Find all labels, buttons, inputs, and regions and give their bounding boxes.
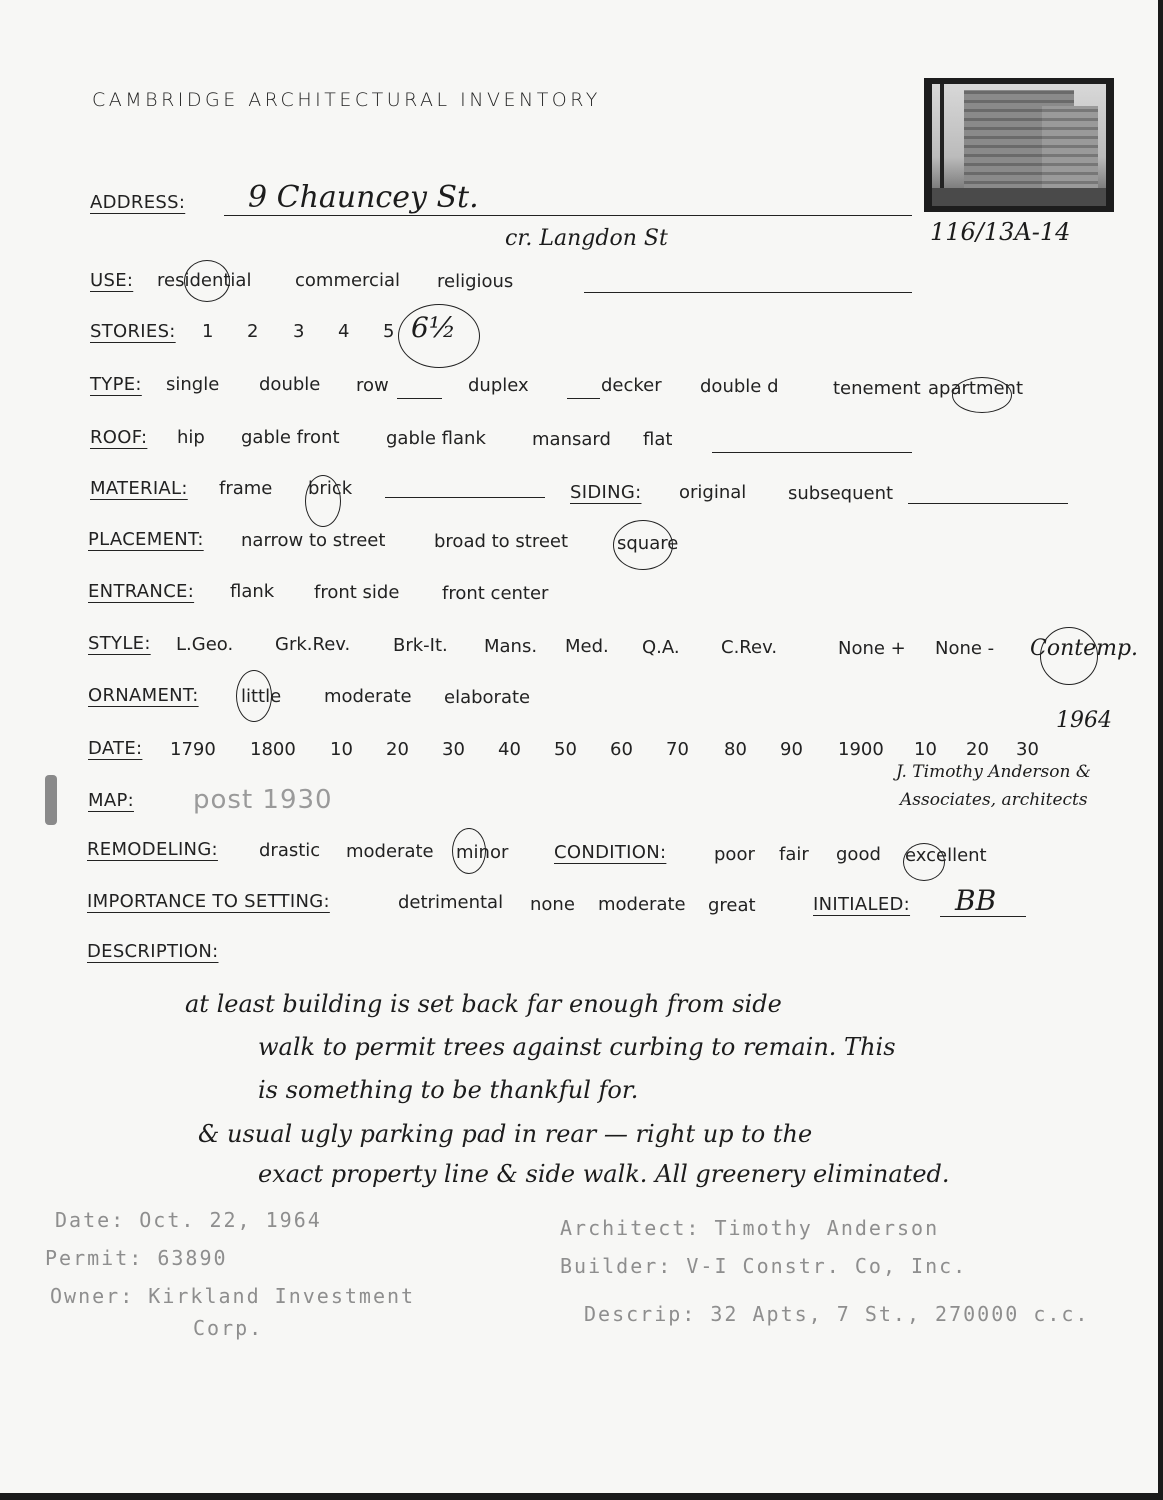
roof-label: ROOF:: [90, 427, 147, 448]
condition-label: CONDITION:: [554, 842, 666, 863]
map-label: MAP:: [88, 790, 134, 811]
address-line: [224, 215, 912, 216]
inventory-form-page: CAMBRIDGE ARCHITECTURAL INVENTORY 116/13…: [0, 0, 1158, 1493]
architect-note-line2: Associates, architects: [900, 790, 1088, 810]
date-option-1850[interactable]: 50: [554, 739, 577, 760]
date-option-1810[interactable]: 10: [330, 739, 353, 760]
date-option-1830[interactable]: 30: [442, 739, 465, 760]
description-line: exact property line & side walk. All gre…: [258, 1160, 950, 1188]
style-option-none-plus[interactable]: None +: [838, 638, 906, 659]
architect-note-line1: J. Timothy Anderson &: [896, 762, 1091, 782]
stories-option-5[interactable]: 5: [383, 321, 394, 342]
stories-option-4[interactable]: 4: [338, 321, 349, 342]
style-option-none-minus[interactable]: None -: [935, 638, 994, 659]
importance-option-moderate[interactable]: moderate: [598, 894, 686, 915]
date-written: 1964: [1056, 708, 1112, 733]
type-option-double[interactable]: double: [259, 374, 320, 395]
selection-circle: [305, 475, 341, 527]
style-option-grkrev[interactable]: Grk.Rev.: [275, 634, 350, 655]
description-line: walk to permit trees against curbing to …: [258, 1033, 896, 1061]
description-line: at least building is set back far enough…: [185, 990, 782, 1018]
date-option-1900[interactable]: 1900: [838, 739, 884, 760]
date-option-1870[interactable]: 70: [666, 739, 689, 760]
use-other-line: [584, 292, 912, 293]
date-option-1930[interactable]: 30: [1016, 739, 1039, 760]
decker-blank: [567, 398, 600, 399]
date-option-1790[interactable]: 1790: [170, 739, 216, 760]
initialed-value[interactable]: BB: [955, 884, 996, 917]
siding-label: SIDING:: [570, 482, 641, 503]
type-label: TYPE:: [90, 374, 142, 395]
roof-option-mansard[interactable]: mansard: [532, 429, 611, 450]
remodeling-option-drastic[interactable]: drastic: [259, 840, 320, 861]
use-label: USE:: [90, 270, 133, 291]
date-option-1820[interactable]: 20: [386, 739, 409, 760]
entrance-option-front-center[interactable]: front center: [442, 583, 548, 604]
placement-label: PLACEMENT:: [88, 529, 204, 550]
entrance-option-front-side[interactable]: front side: [314, 582, 399, 603]
pencil-architect: Architect: Timothy Anderson: [560, 1216, 939, 1240]
street: [932, 188, 1106, 206]
use-option-religious[interactable]: religious: [437, 271, 513, 292]
style-label: STYLE:: [88, 633, 151, 654]
type-option-single[interactable]: single: [166, 374, 219, 395]
type-option-row[interactable]: row: [356, 375, 389, 396]
roof-option-flat[interactable]: flat: [643, 429, 672, 450]
style-option-qa[interactable]: Q.A.: [642, 637, 680, 658]
condition-option-fair[interactable]: fair: [779, 844, 809, 865]
roof-other-line: [712, 452, 912, 453]
stories-label: STORIES:: [90, 321, 176, 342]
importance-option-none[interactable]: none: [530, 894, 575, 915]
date-option-1890[interactable]: 90: [780, 739, 803, 760]
pencil-builder: Builder: V-I Constr. Co, Inc.: [560, 1254, 967, 1278]
date-option-1920[interactable]: 20: [966, 739, 989, 760]
stories-option-3[interactable]: 3: [293, 321, 304, 342]
material-option-frame[interactable]: frame: [219, 478, 272, 499]
importance-label: IMPORTANCE TO SETTING:: [87, 891, 330, 912]
pencil-owner: Owner: Kirkland Investment: [50, 1284, 415, 1308]
stories-option-1[interactable]: 1: [202, 321, 213, 342]
ornament-option-elaborate[interactable]: elaborate: [444, 687, 530, 708]
pencil-descrip: Descrip: 32 Apts, 7 St., 270000 c.c.: [584, 1302, 1089, 1326]
catalog-number: 116/13A-14: [930, 218, 1070, 246]
type-option-decker[interactable]: decker: [601, 375, 662, 396]
material-label: MATERIAL:: [90, 478, 188, 499]
style-option-crev[interactable]: C.Rev.: [721, 637, 777, 658]
selection-circle: [184, 260, 230, 302]
placement-option-broad[interactable]: broad to street: [434, 531, 568, 552]
date-option-1880[interactable]: 80: [724, 739, 747, 760]
importance-option-detrimental[interactable]: detrimental: [398, 892, 503, 913]
roof-option-gable-front[interactable]: gable front: [241, 427, 340, 448]
margin-marker: [45, 775, 57, 825]
condition-option-poor[interactable]: poor: [714, 844, 755, 865]
initialed-label: INITIALED:: [813, 894, 910, 915]
roof-option-gable-flank[interactable]: gable flank: [386, 428, 486, 449]
selection-circle: [452, 828, 486, 874]
entrance-option-flank[interactable]: flank: [230, 581, 274, 602]
material-other-line: [385, 497, 545, 498]
address-note: cr. Langdon St: [505, 226, 668, 251]
roof-option-hip[interactable]: hip: [177, 427, 205, 448]
type-option-double-d[interactable]: double d: [700, 376, 779, 397]
map-written: post 1930: [193, 785, 333, 815]
style-option-mans[interactable]: Mans.: [484, 636, 537, 657]
description-label: DESCRIPTION:: [87, 941, 219, 962]
address-label: ADDRESS:: [90, 192, 185, 213]
form-title: CAMBRIDGE ARCHITECTURAL INVENTORY: [92, 89, 601, 111]
selection-circle: [952, 377, 1012, 413]
placement-option-narrow[interactable]: narrow to street: [241, 530, 385, 551]
siding-option-subsequent[interactable]: subsequent: [788, 483, 893, 504]
style-option-med[interactable]: Med.: [565, 636, 609, 657]
style-option-brkit[interactable]: Brk-It.: [393, 635, 448, 656]
importance-option-great[interactable]: great: [708, 895, 756, 916]
pencil-owner-cont: Corp.: [193, 1316, 263, 1340]
remodeling-option-moderate[interactable]: moderate: [346, 841, 434, 862]
type-option-duplex[interactable]: duplex: [468, 375, 529, 396]
condition-option-good[interactable]: good: [836, 844, 881, 865]
date-option-1800[interactable]: 1800: [250, 739, 296, 760]
type-option-tenement[interactable]: tenement: [833, 378, 921, 399]
building-photo: [924, 78, 1114, 212]
selection-circle: [613, 520, 673, 570]
selection-circle: [1040, 627, 1098, 685]
date-option-1840[interactable]: 40: [498, 739, 521, 760]
date-label: DATE:: [88, 738, 142, 759]
style-option-lgeo[interactable]: L.Geo.: [176, 634, 233, 655]
selection-circle: [398, 304, 480, 368]
address-value[interactable]: 9 Chauncey St.: [248, 180, 479, 215]
date-option-1860[interactable]: 60: [610, 739, 633, 760]
description-line: is something to be thankful for.: [258, 1076, 638, 1104]
ornament-option-moderate[interactable]: moderate: [324, 686, 412, 707]
utility-pole: [940, 84, 944, 194]
pencil-permit: Permit: 63890: [45, 1246, 228, 1270]
pencil-date: Date: Oct. 22, 1964: [55, 1208, 322, 1232]
entrance-label: ENTRANCE:: [88, 581, 194, 602]
selection-circle: [236, 670, 272, 722]
selection-circle: [903, 843, 945, 881]
siding-other-line: [908, 503, 1068, 504]
building-wing: [1042, 106, 1098, 190]
date-option-1910[interactable]: 10: [914, 739, 937, 760]
stories-option-2[interactable]: 2: [247, 321, 258, 342]
ornament-label: ORNAMENT:: [88, 685, 199, 706]
row-blank: [397, 398, 442, 399]
description-line: & usual ugly parking pad in rear — right…: [198, 1120, 812, 1148]
remodeling-label: REMODELING:: [87, 839, 218, 860]
siding-option-original[interactable]: original: [679, 482, 746, 503]
photo-image: [932, 84, 1106, 206]
use-option-commercial[interactable]: commercial: [295, 270, 400, 291]
